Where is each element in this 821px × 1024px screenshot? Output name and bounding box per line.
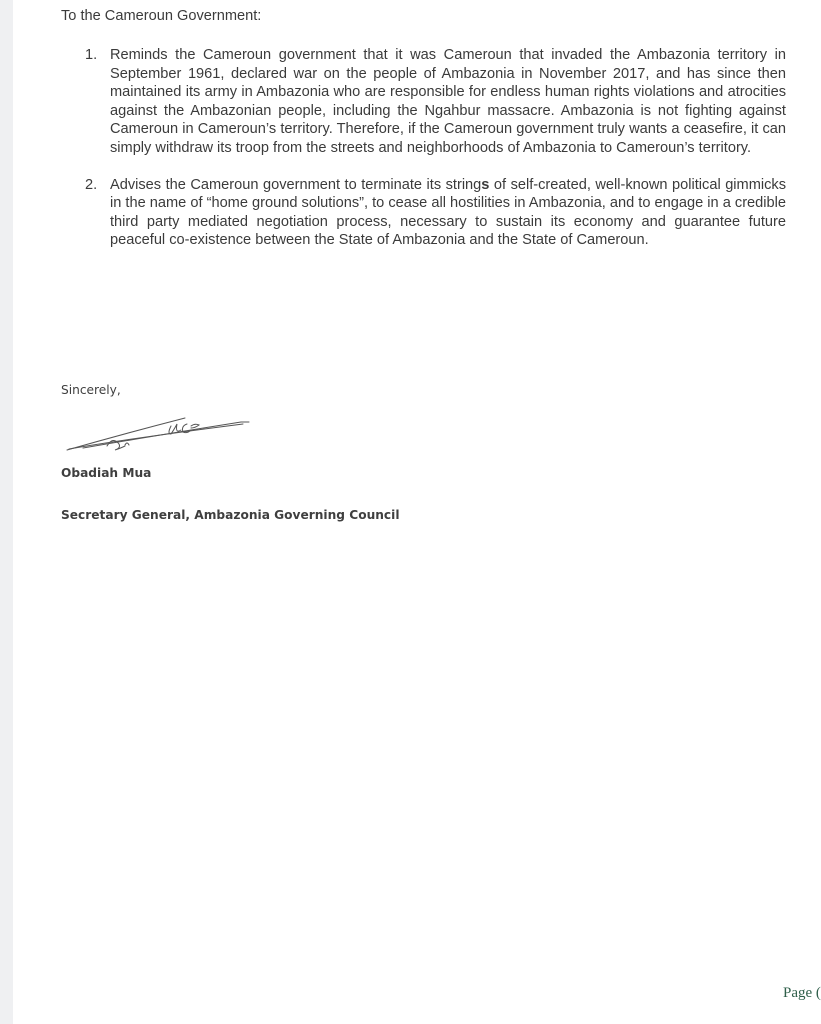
viewer-margin-strip: [0, 0, 13, 1024]
list-item-text: Reminds the Cameroun government that it …: [110, 47, 786, 156]
page-number-footer: Page (: [783, 985, 821, 1002]
list-item-number: 1.: [85, 46, 97, 65]
signer-title: Secretary General, Ambazonia Governing C…: [61, 508, 400, 522]
signature-icon: [63, 412, 253, 452]
list-item-number: 2.: [85, 176, 97, 195]
closing: Sincerely,: [61, 383, 121, 397]
list-item-text-part: Advises the Cameroun government to termi…: [110, 177, 481, 193]
list-item: 1. Reminds the Cameroun government that …: [85, 46, 786, 158]
salutation: To the Cameroun Government:: [61, 6, 261, 26]
document-page: To the Cameroun Government: 1. Reminds t…: [13, 0, 821, 1024]
list-item: 2. Advises the Cameroun government to te…: [85, 176, 786, 250]
signer-name: Obadiah Mua: [61, 466, 151, 480]
resolution-list: 1. Reminds the Cameroun government that …: [85, 46, 786, 268]
list-item-text: Advises the Cameroun government to termi…: [110, 177, 786, 249]
